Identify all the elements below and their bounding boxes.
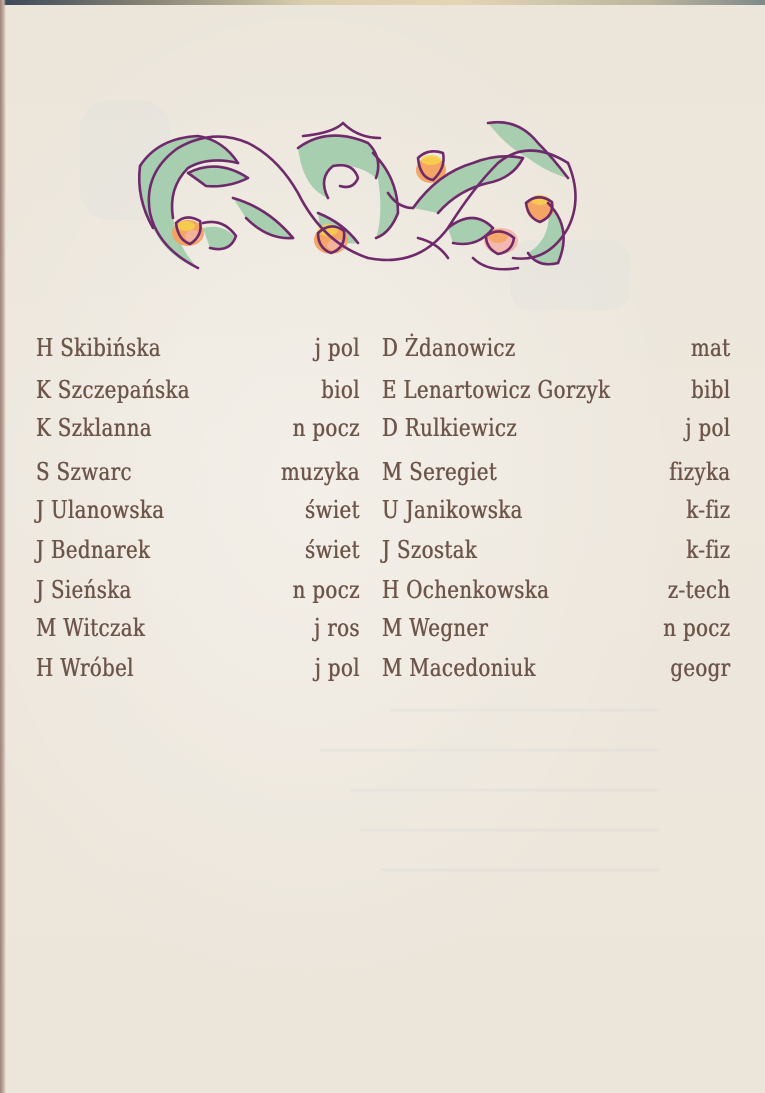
roster-entry: K Szczepańska biol — [36, 364, 360, 404]
roster-entry: H Skibińska j pol — [36, 322, 360, 362]
roster-entry: M Macedoniuk geogr — [382, 642, 731, 682]
roster-entry: J Sieńska n pocz — [36, 564, 360, 604]
teacher-subject: świet — [305, 536, 360, 564]
roster-entry: M Seregiet fizyka — [382, 446, 731, 486]
teacher-subject: j pol — [315, 654, 360, 682]
teacher-name: J Sieńska — [36, 576, 132, 604]
roster-entry: E Lenartowicz Gorzyk bibl — [382, 364, 731, 404]
teacher-name: K Szklanna — [36, 414, 152, 442]
teacher-name: S Szwarc — [36, 458, 132, 486]
teacher-subject: n pocz — [293, 414, 360, 442]
roster-entry: D Żdanowicz mat — [382, 322, 731, 362]
teacher-subject: n pocz — [293, 576, 360, 604]
teacher-name: J Bednarek — [36, 536, 150, 564]
teacher-subject: biol — [321, 376, 360, 404]
teacher-subject: mat — [691, 334, 731, 362]
teacher-name: K Szczepańska — [36, 376, 190, 404]
roster-entry: S Szwarc muzyka — [36, 446, 360, 486]
teacher-name: M Wegner — [382, 614, 488, 642]
teacher-subject: j ros — [314, 614, 360, 642]
teacher-name: D Rulkiewicz — [382, 414, 517, 442]
roster-entry: H Ochenkowska z-tech — [382, 564, 731, 604]
roster-entry: M Wegner n pocz — [382, 602, 731, 642]
teacher-subject: bibl — [691, 376, 730, 404]
teacher-name: J Szostak — [382, 536, 477, 564]
roster-entry: J Bednarek świet — [36, 524, 360, 564]
teacher-name: M Macedoniuk — [382, 654, 536, 682]
teacher-subject: k-fiz — [686, 536, 730, 564]
teacher-name: H Ochenkowska — [382, 576, 549, 604]
teacher-subject: n pocz — [663, 614, 730, 642]
roster-entry: U Janikowska k-fiz — [382, 484, 731, 524]
roster-entry: K Szklanna n pocz — [36, 402, 360, 442]
teacher-subject: j pol — [315, 334, 360, 362]
teacher-name: D Żdanowicz — [382, 334, 516, 362]
teacher-name: J Ulanowska — [36, 496, 164, 524]
teacher-name: H Skibińska — [36, 334, 161, 362]
teacher-name: H Wróbel — [36, 654, 134, 682]
roster-entry: D Rulkiewicz j pol — [382, 402, 731, 442]
teacher-subject: świet — [305, 496, 360, 524]
roster-entry: J Ulanowska świet — [36, 484, 360, 524]
teacher-name: E Lenartowicz Gorzyk — [382, 376, 610, 404]
teacher-name: M Witczak — [36, 614, 145, 642]
teacher-subject: j pol — [685, 414, 730, 442]
teacher-subject: geogr — [670, 654, 730, 682]
teacher-subject: muzyka — [281, 458, 360, 486]
teacher-subject: z-tech — [668, 576, 731, 604]
roster-entry: H Wróbel j pol — [36, 642, 360, 682]
teacher-subject: k-fiz — [686, 496, 730, 524]
teacher-name: M Seregiet — [382, 458, 497, 486]
roster-entry: J Szostak k-fiz — [382, 524, 731, 564]
teacher-name: U Janikowska — [382, 496, 523, 524]
teacher-subject: fizyka — [669, 458, 730, 486]
roster-entry: M Witczak j ros — [36, 602, 360, 642]
staff-roster: H Skibińska j pol K Szczepańska biol K S… — [0, 0, 765, 1093]
